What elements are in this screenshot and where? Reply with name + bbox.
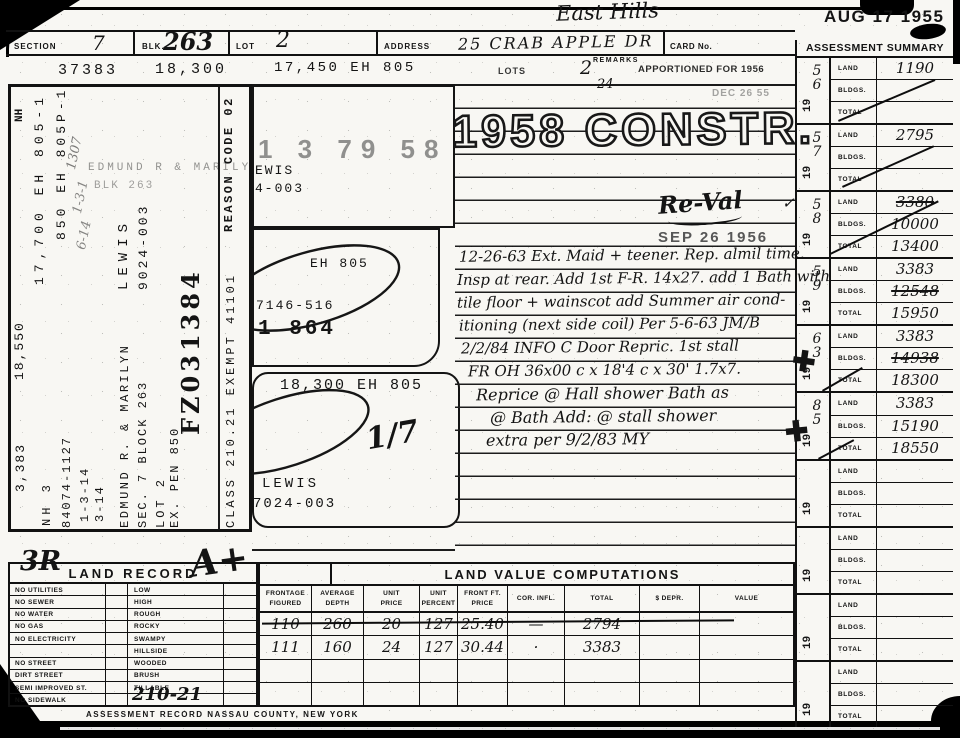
constr-1958-stamp: 1958 CONSTR. [452, 102, 816, 158]
check-cell [224, 694, 256, 706]
summary-block-empty: 19 LAND BLDGS. TOTAL [797, 528, 953, 595]
cell [700, 683, 793, 705]
cell [565, 683, 640, 705]
bldgs-label: BLDGS. [831, 550, 877, 571]
cell: 24 [364, 636, 420, 658]
top-number-1: 37383 [58, 62, 118, 79]
cell: — [508, 613, 565, 635]
fz-serial-stamp: FZ031384 [176, 268, 205, 435]
year-cell: 19 [797, 461, 831, 526]
cell [700, 660, 793, 682]
land-label: LAND [831, 58, 877, 79]
scan-bottom-streak [60, 727, 940, 730]
eh805-oval-label: EH 805 [310, 256, 369, 271]
cell [640, 683, 700, 705]
land-value-computations-table: LAND VALUE COMPUTATIONS FRONTAGE FIGURED… [258, 562, 795, 707]
eh805-amount: 17,700 EH 805-1 [32, 93, 47, 285]
header-divider [376, 31, 378, 56]
dec-date-stamp: DEC 26 55 [712, 88, 770, 99]
cell [420, 660, 458, 682]
address-label: ADDRESS [384, 42, 430, 51]
bldgs-label: BLDGS. [831, 147, 877, 168]
handwritten-zone-code: 210-21 [132, 684, 202, 705]
remarks-label: REMARKS [593, 57, 639, 64]
header-divider [228, 31, 230, 56]
total-value: 18550 [877, 441, 953, 456]
section-label: SECTION [14, 42, 57, 51]
lvc-data-row: 111 160 24 127 30.44 · 3383 [260, 636, 793, 659]
remark-line: tile floor + wainscot add Summer air con… [457, 290, 786, 311]
bldgs-label: BLDGS. [831, 483, 877, 504]
utility-label: NO SEWER [10, 596, 106, 607]
year-cell: 19 [797, 528, 831, 593]
col-header: UNIT PERCENT [420, 586, 458, 611]
cross-doodle-icon: ✚ [790, 347, 817, 378]
lower-lewis: LEWIS [262, 476, 319, 492]
check-cell [224, 645, 256, 656]
check-cell [224, 633, 256, 644]
bldgs-label: BLDGS. [831, 617, 877, 638]
cell [420, 683, 458, 705]
remark-line: FR OH 36x00 c x 18'4 c x 30' 1.7x7. [468, 360, 741, 381]
lot-label: LOT [236, 42, 255, 51]
terrain-label: ROCKY [128, 621, 224, 632]
land-value: 2795 [877, 128, 953, 143]
cell [508, 683, 565, 705]
check-cell [224, 682, 256, 693]
lvc-corner-cell [260, 564, 332, 584]
utility-label [10, 645, 106, 656]
bldgs-label: BLDGS. [831, 80, 877, 101]
col-header: FRONTAGE FIGURED [260, 586, 312, 611]
printed-year-prefix: 19 [802, 300, 814, 313]
check-cell [224, 584, 256, 595]
lvc-empty-row [260, 683, 793, 705]
bldgs-label: BLDGS. [831, 416, 877, 437]
blk-label: BLK. [142, 42, 165, 51]
sec-block-vertical: SEC. 7 BLOCK 263 [136, 381, 150, 528]
cell: 2794 [565, 613, 640, 635]
col-header: VALUE [700, 586, 793, 611]
bldgs-label: BLDGS. [831, 684, 877, 705]
total-value: 13400 [877, 239, 953, 254]
ex-pen-vertical: EX. PEN 850 [168, 427, 182, 528]
check-cell [224, 609, 256, 620]
land-record-title: LAND RECORD [10, 564, 256, 584]
utility-label: NO STREET [10, 658, 106, 669]
cell [640, 660, 700, 682]
land-label: LAND [831, 662, 877, 683]
summary-block-empty: 19 LAND BLDGS. TOTAL [797, 595, 953, 662]
blk-value: 263 [163, 27, 213, 56]
check-cell [106, 609, 128, 620]
cell [458, 683, 508, 705]
nh-code: NH [14, 109, 26, 122]
land-record-row: NO WATERROUGH [10, 609, 256, 621]
date-note-1: 1-3-14 [78, 467, 92, 522]
check-cell [224, 670, 256, 681]
year-cell: 1959 [797, 259, 831, 324]
assessment-summary-title: ASSESSMENT SUMMARY [806, 42, 944, 54]
lvc-title: LAND VALUE COMPUTATIONS [332, 564, 793, 584]
lvc-title-row: LAND VALUE COMPUTATIONS [260, 564, 793, 586]
land-label: LAND [831, 192, 877, 213]
land-record-row: NO ELECTRICITYSWAMPY [10, 633, 256, 645]
remark-line: extra per 9/2/83 MY [486, 429, 649, 450]
lot-value: 2 [276, 28, 290, 53]
cell [565, 660, 640, 682]
cell [312, 660, 364, 682]
cell: 111 [260, 636, 312, 658]
cell: 160 [312, 636, 364, 658]
number-864: 1 864 [258, 318, 336, 341]
remark-line: @ Bath Add: @ stall shower [490, 406, 716, 427]
utility-label: NO WATER [10, 609, 106, 620]
land-value: 3383 [877, 329, 953, 344]
check-cell [224, 596, 256, 607]
handwritten-year: 58 [810, 197, 824, 225]
apportioned-note: APPORTIONED FOR 1956 [638, 64, 764, 75]
check-cell [106, 584, 128, 595]
bldgs-value: 14938 [877, 351, 953, 366]
check-cell [106, 658, 128, 669]
section-value: 7 [92, 31, 105, 55]
year-cell: 1956 [797, 58, 831, 123]
cross-doodle-icon: ✚ [784, 417, 810, 447]
date-note-2: 3-14 [93, 485, 107, 522]
summary-block-1985: 1985 LAND3383 BLDGS.15190 TOTAL18550 [797, 393, 953, 460]
lewis-cutoff: EWIS [255, 163, 294, 178]
col-header: UNIT PRICE [364, 586, 420, 611]
handwritten-year: 57 [810, 130, 824, 158]
lvc-empty-row [260, 660, 793, 683]
remark-line: Reprice @ Hall shower Bath as [476, 383, 729, 405]
lots-handwritten: 24 [597, 77, 614, 92]
total-label: TOTAL [831, 505, 877, 526]
remark-line: itioning (next side coil) Per 5-6-63 JM/… [459, 313, 760, 334]
land-label: LAND [831, 393, 877, 414]
cell [640, 613, 700, 635]
scan-edge-artifact [953, 0, 960, 64]
total-label: TOTAL [831, 706, 877, 727]
card-no-label: CARD No. [670, 42, 712, 51]
check-cell [106, 670, 128, 681]
summary-block-1956: 1956 LAND1190 BLDGS. TOTAL [797, 58, 953, 125]
check-cell [106, 645, 128, 656]
lower-parcel-number: 7024-003 [253, 496, 336, 512]
bldgs-value: 12548 [877, 284, 953, 299]
cell [260, 683, 312, 705]
cell: · [508, 636, 565, 658]
lot-vertical: LOT 2 [154, 477, 168, 528]
owner-surname-vertical: LEWIS [116, 218, 132, 290]
check-cell [106, 596, 128, 607]
total-label: TOTAL [831, 303, 877, 324]
remark-line: 12-26-63 Ext. Maid + teener. Rep. almil … [459, 244, 805, 266]
year-cell: 19 [797, 662, 831, 727]
cell [458, 660, 508, 682]
remark-line: 2/2/84 INFO C Door Repric. 1st stall [461, 337, 739, 358]
year-cell: 1958 [797, 192, 831, 257]
land-label: LAND [831, 528, 877, 549]
owner-faint-line2: BLK 263 [94, 180, 154, 192]
land-record-row: NO SEWERHIGH [10, 596, 256, 608]
terrain-label: LOW [128, 584, 224, 595]
utility-label: NO UTILITIES [10, 584, 106, 595]
check-cell [106, 682, 128, 693]
total-value: 15950 [877, 306, 953, 321]
utility-label: NO SIDEWALK [10, 694, 106, 706]
nh3-code: NH 3 [40, 481, 54, 526]
bldgs-label: BLDGS. [831, 281, 877, 302]
summary-block-empty: 19 LAND BLDGS. TOTAL [797, 461, 953, 528]
terrain-label: BRUSH [128, 670, 224, 681]
col-header: TOTAL [565, 586, 640, 611]
assessment-summary-column: 1956 LAND1190 BLDGS. TOTAL 1957 LAND2795… [795, 58, 953, 727]
printed-year-prefix: 19 [802, 233, 814, 246]
handwritten-year: 56 [810, 63, 824, 91]
land-record-row: NO UTILITIESLOW [10, 584, 256, 596]
class-exempt-code: CLASS 210.21 EXEMPT 41101 [224, 273, 238, 528]
col-header: AVERAGE DEPTH [312, 586, 364, 611]
utility-label: NO ELECTRICITY [10, 633, 106, 644]
box-divider [218, 87, 220, 530]
utility-label: DIRT STREET [10, 670, 106, 681]
summary-block-empty: 19 LAND BLDGS. TOTAL [797, 662, 953, 727]
lvc-header-row: FRONTAGE FIGURED AVERAGE DEPTH UNIT PRIC… [260, 586, 793, 613]
cell: 127 [420, 613, 458, 635]
lots-label: LOTS [498, 66, 526, 76]
land-label: LAND [831, 125, 877, 146]
total-label: TOTAL [831, 639, 877, 660]
address-value: 25 CRAB APPLE DR [458, 31, 654, 53]
lower-box-amount: 18,300 EH 805 [280, 377, 423, 394]
total-label: TOTAL [831, 572, 877, 593]
printed-year-prefix: 19 [802, 636, 814, 649]
record-footer: ASSESSMENT RECORD NASSAU COUNTY, NEW YOR… [86, 710, 359, 719]
land-record-row: DIRT STREETBRUSH [10, 670, 256, 682]
land-record-row: NO GASROCKY [10, 621, 256, 633]
handwritten-year: 59 [810, 264, 824, 292]
land-label: LAND [831, 461, 877, 482]
printed-year-prefix: 19 [802, 99, 814, 112]
year-cell: 1957 [797, 125, 831, 190]
cell [508, 660, 565, 682]
top-number-3: 17,450 EH 805 [274, 60, 416, 76]
land-record-row: NO STREETWOODED [10, 658, 256, 670]
land-value: 1190 [877, 61, 953, 76]
printed-year-prefix: 19 [802, 501, 814, 514]
printed-year-prefix: 19 [802, 703, 814, 716]
handwritten-year: 85 [810, 398, 824, 426]
land-label: LAND [831, 326, 877, 347]
terrain-label: HILLSIDE [128, 645, 224, 656]
cell [364, 660, 420, 682]
col-header: COR. INFL. [508, 586, 565, 611]
cell: 20 [364, 613, 420, 635]
lots-value: 2 [580, 57, 592, 79]
cell: 127 [420, 636, 458, 658]
cell: 30.44 [458, 636, 508, 658]
col-header: FRONT FT. PRICE [458, 586, 508, 611]
bldgs-value: 15190 [877, 419, 953, 434]
land-label: LAND [831, 595, 877, 616]
printed-year-prefix: 19 [802, 166, 814, 179]
top-number-2: 18,300 [155, 61, 227, 78]
utility-label: SEMI IMPROVED ST. [10, 682, 106, 693]
terrain-label: HIGH [128, 596, 224, 607]
remarks-ruled-lines-extension [252, 529, 455, 562]
terrain-label: SWAMPY [128, 633, 224, 644]
value-3383-vertical: 3,383 [13, 443, 28, 492]
year-cell: 19 [797, 595, 831, 660]
printed-year-prefix: 19 [802, 568, 814, 581]
assessment-card-scan: { "page": { "location_hw": "East Hills",… [0, 0, 960, 738]
check-cell [106, 621, 128, 632]
handwritten-location: East Hills [556, 0, 660, 26]
cell: 25.40 [458, 613, 508, 635]
value-18550-vertical: 18,550 [12, 321, 27, 380]
parcel-number-vertical: 9024-003 [136, 204, 151, 290]
total-value: 18300 [877, 373, 953, 388]
header-divider [663, 31, 665, 56]
bldgs-label: BLDGS. [831, 348, 877, 369]
cell [312, 683, 364, 705]
cell [700, 613, 793, 635]
cell [364, 683, 420, 705]
check-cell [224, 658, 256, 669]
check-doodle: ✓ [782, 194, 795, 212]
land-label: LAND [831, 259, 877, 280]
summary-block-1963: 1963 LAND3383 BLDGS.14938 TOTAL18300 [797, 326, 953, 393]
land-value: 3380 [877, 195, 953, 210]
check-cell [106, 633, 128, 644]
land-value: 3383 [877, 262, 953, 277]
faint-stamp-digits: 1 3 79 58 [258, 134, 447, 165]
land-value: 3383 [877, 396, 953, 411]
cell [700, 636, 793, 658]
account-number-vertical: 84074-1127 [60, 436, 74, 528]
terrain-label: ROUGH [128, 609, 224, 620]
summary-block-1958: 1958 LAND3380 BLDGS.10000 TOTAL13400 [797, 192, 953, 259]
utility-label: NO GAS [10, 621, 106, 632]
header-divider [133, 31, 135, 56]
cell: 3383 [565, 636, 640, 658]
cell [640, 636, 700, 658]
summary-block-1957: 1957 LAND2795 BLDGS. TOTAL [797, 125, 953, 192]
summary-block-1959: 1959 LAND3383 BLDGS.12548 TOTAL15950 [797, 259, 953, 326]
total-label: TOTAL [831, 236, 877, 257]
col-header: $ DEPR. [640, 586, 700, 611]
land-record-row: HILLSIDE [10, 645, 256, 657]
sep-date-stamp: SEP 26 1956 [658, 229, 768, 246]
assessment-summary-header: ASSESSMENT SUMMARY [795, 40, 953, 58]
terrain-label: WOODED [128, 658, 224, 669]
parcel-cutoff: 4-003 [255, 181, 304, 196]
reason-code: REASON CODE 02 [222, 96, 236, 232]
check-cell [106, 694, 128, 706]
lvc-data-row: 110 260 20 127 25.40 — 2794 [260, 613, 793, 636]
number-7146: 7146-516 [256, 298, 334, 313]
check-cell [224, 621, 256, 632]
cell [260, 660, 312, 682]
owner-name-vertical: EDMUND R. & MARILYN [118, 344, 132, 528]
